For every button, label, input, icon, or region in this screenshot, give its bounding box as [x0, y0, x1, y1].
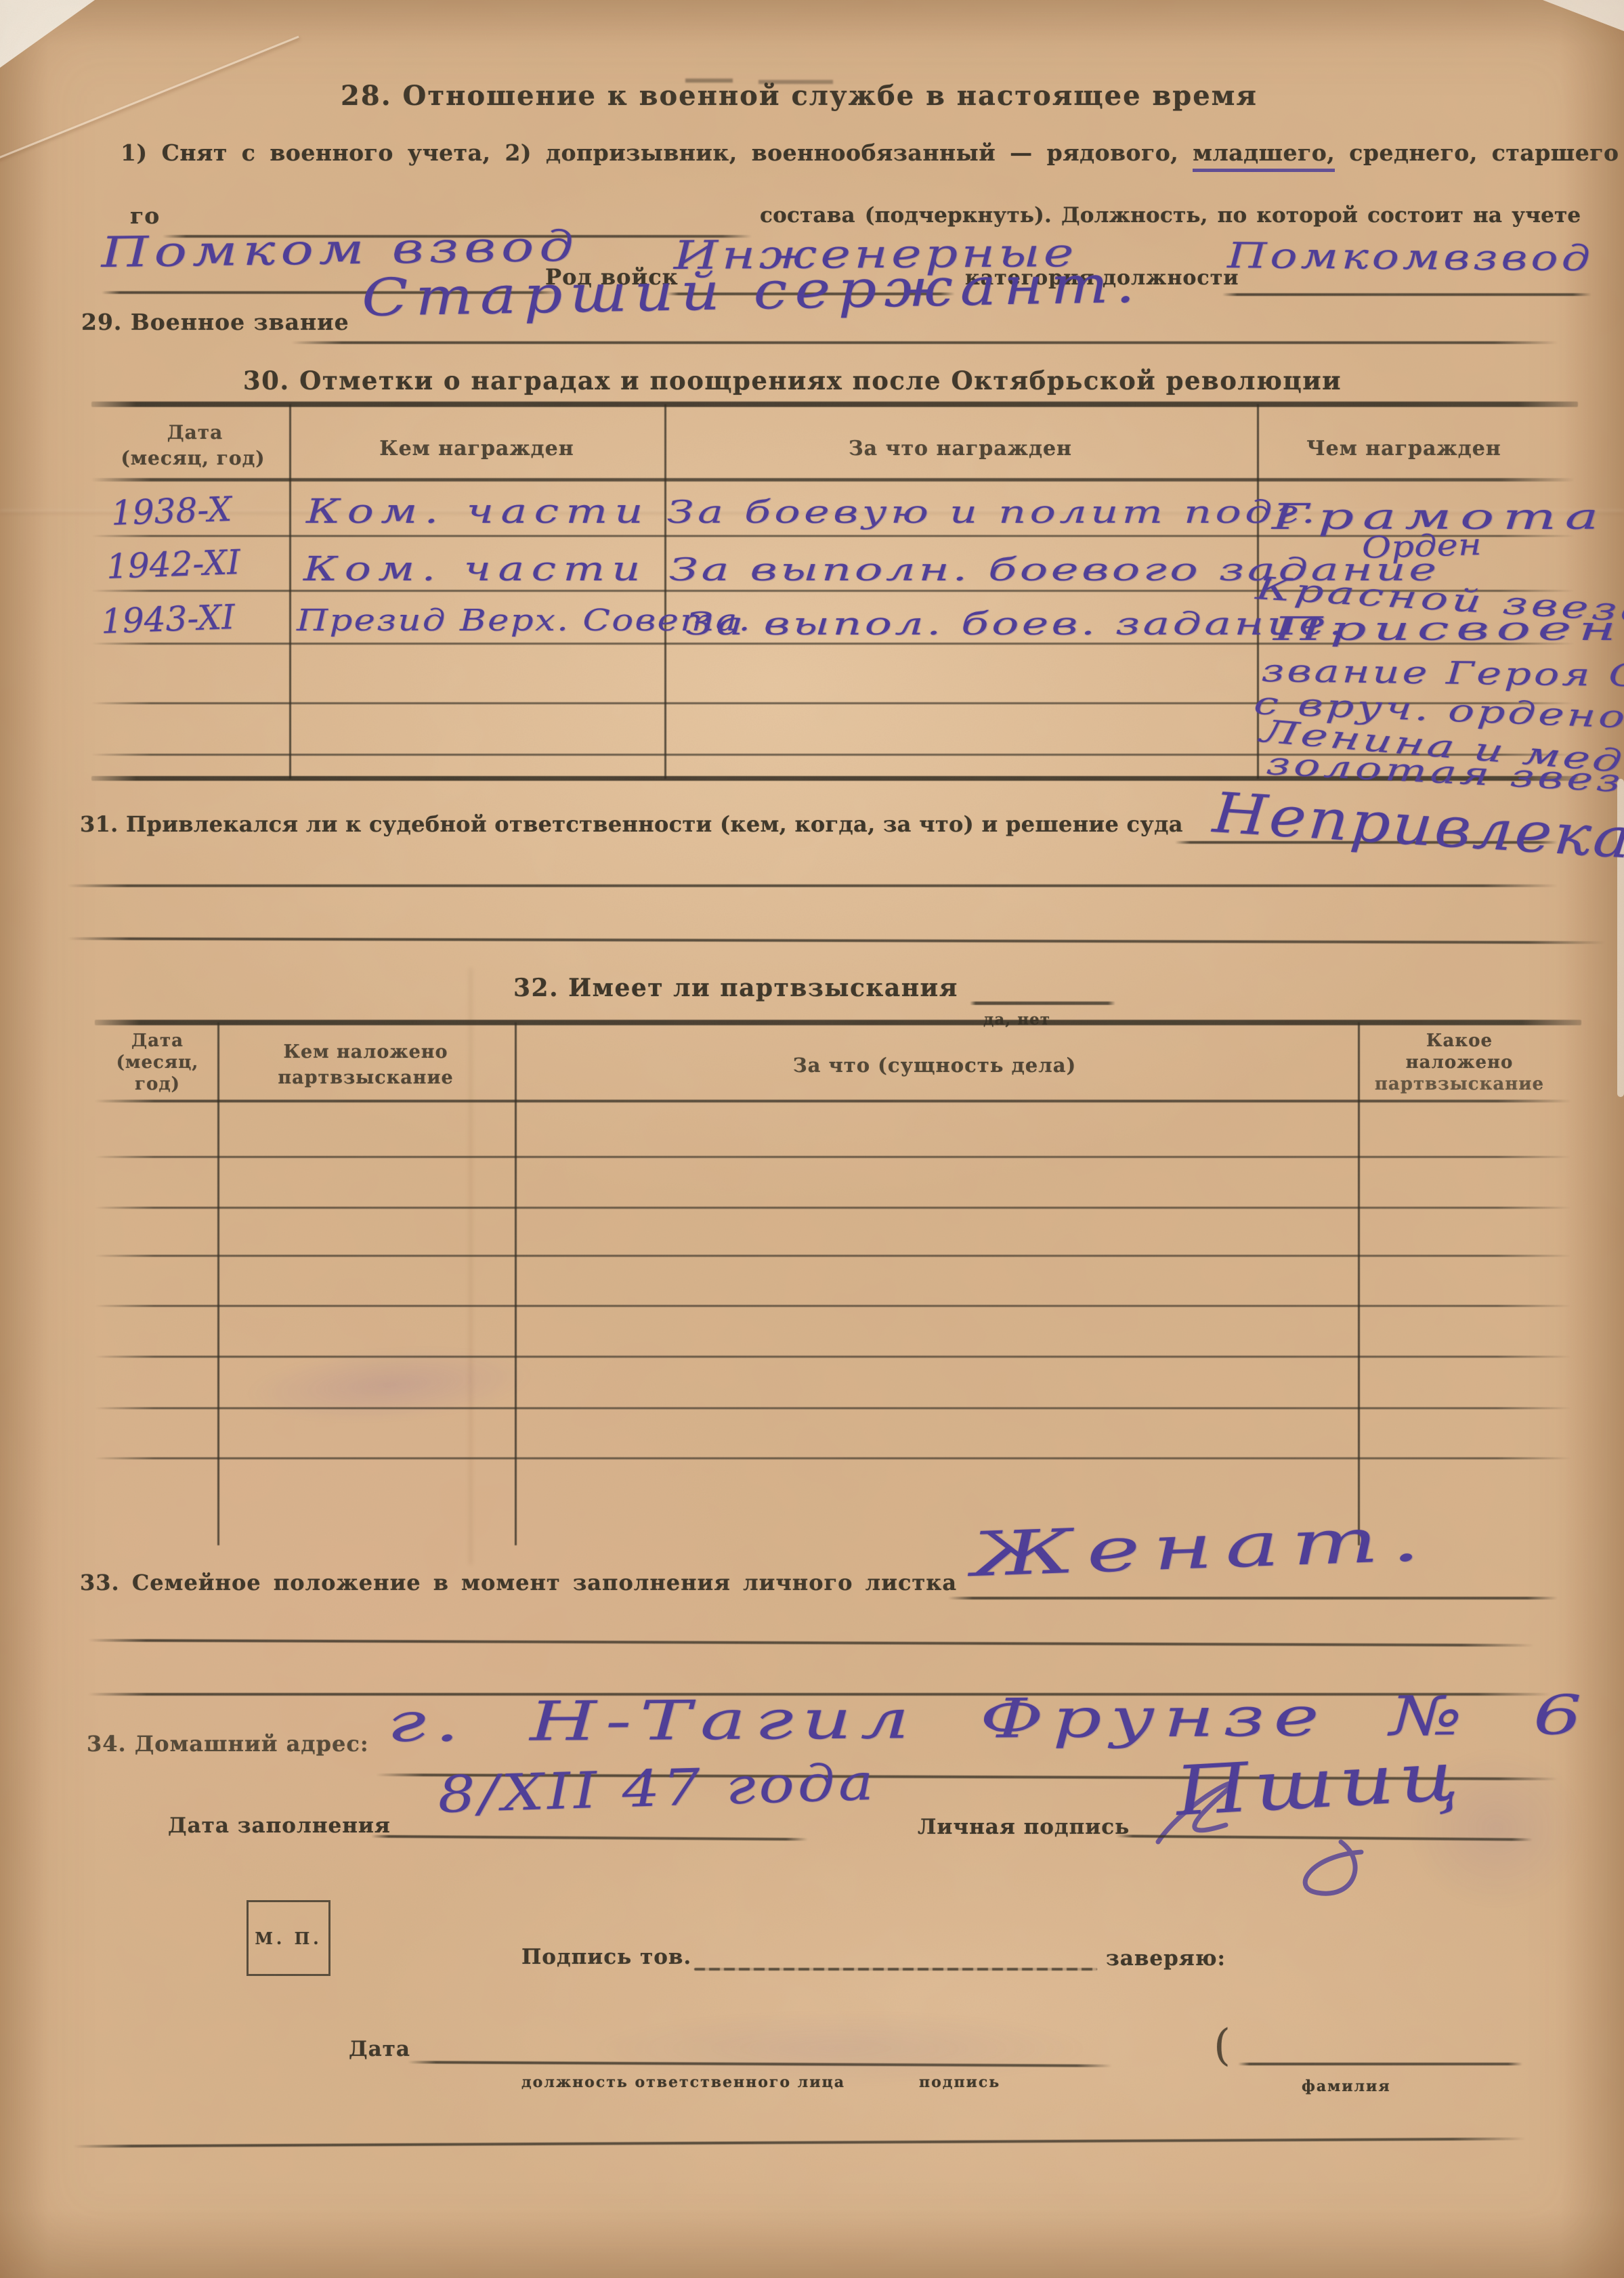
table32-row-rule-5 [95, 1356, 1571, 1358]
table32-row-rule-4 [95, 1305, 1571, 1307]
award-row-for: За выпол. боев. задание. [685, 608, 1346, 639]
table30-header-what: Чем награжден [1268, 437, 1539, 460]
court-liability-value: Непривлекался [1211, 786, 1624, 875]
ink-bleedthrough-1 [242, 1337, 538, 1432]
rank-rule [291, 341, 1558, 344]
section28-line2-suffix: состава (подчеркнуть). Должность, по кот… [760, 203, 1581, 228]
crease-vertical [469, 968, 472, 1564]
table32-header-by-1: Кем наложено [264, 1041, 467, 1062]
table30-header-date-2: (месяц, год) [102, 447, 284, 469]
table32-row-rule-6 [95, 1407, 1571, 1409]
award-row-by: Презид Верх. Совета. [297, 606, 752, 636]
award-row-what: Присвоено [1273, 613, 1624, 645]
table32-header-what-2: наложено [1361, 1052, 1558, 1073]
section32-answer-rule [970, 1002, 1115, 1005]
scan-corner-top-right [1543, 0, 1624, 31]
section30-title: 30. Отметки о наградах и поощрениях посл… [203, 366, 1382, 395]
section32-title: 32. Имеет ли партвзыскания [513, 974, 958, 1002]
section28-line1-part-b: среднего, старшего и высше- [1349, 139, 1624, 166]
table32-vline-1 [217, 1023, 219, 1545]
table30-header-for: За что награжден [825, 437, 1096, 460]
table30-top-border [91, 402, 1578, 407]
table30-header-by: Кем награжден [341, 437, 612, 460]
section31-label: 31. Привлекался ли к судебной ответствен… [80, 811, 1183, 837]
certify-suffix-label: заверяю: [1106, 1946, 1226, 1971]
footer-date-label: Дата [349, 2037, 410, 2061]
certify-rule [694, 1968, 1097, 1971]
stamp-place-label: М. П. [255, 1929, 322, 1948]
section33-label: 33. Семейное положение в момент заполнен… [80, 1570, 957, 1595]
award-row-by: Ком. части [303, 552, 647, 586]
section34-label: 34. Домашний адрес: [87, 1731, 369, 1757]
blank-rule-31b [68, 937, 1605, 944]
caption-surname: фамилия [1302, 2078, 1391, 2095]
certify-signature-label: Подпись тов. [521, 1945, 691, 1969]
table30-header-bottom [91, 478, 1575, 481]
position-category-value: Помкомвзвод [1227, 238, 1594, 276]
table32-header-date-1: Дата [102, 1031, 213, 1051]
caption-sign: подпись [919, 2073, 1000, 2091]
table32-row-rule-2 [95, 1207, 1571, 1209]
table32-row-rule-3 [95, 1255, 1571, 1257]
table32-row-rule-1 [95, 1156, 1571, 1158]
blank-rule-33a [88, 1639, 1534, 1646]
award-row-date: 1942-XI [106, 545, 240, 584]
section28-underlined-word: младшего, [1193, 139, 1335, 172]
table32-header-by-2: партвзыскание [264, 1067, 467, 1088]
award-row-date: 1938-X [110, 492, 232, 530]
section28-line1: 1) Снят с военного учета, 2) допризывник… [121, 139, 1583, 166]
blank-rule-31a [68, 884, 1558, 887]
marital-rule [948, 1597, 1558, 1599]
category-rule [1222, 293, 1591, 296]
table32-row-rule-7 [95, 1457, 1571, 1459]
personal-signature-label: Личная подпись [918, 1815, 1130, 1839]
table32-header-date-2: (месяц, [102, 1052, 213, 1073]
section28-line2-prefix: го [130, 202, 160, 229]
table32-header-date-3: год) [102, 1074, 213, 1094]
table32-header-for: За что (сущность дела) [765, 1054, 1104, 1077]
fill-date-rule [371, 1835, 808, 1841]
caption-role: должность ответственного лица [521, 2073, 845, 2091]
section28-title: 28. Отношение к военной службе в настоящ… [203, 80, 1395, 112]
section28-line1-part-a: 1) Снят с военного учета, 2) допризывник… [121, 139, 1178, 166]
award-row-what-line1: Орден [1361, 530, 1482, 563]
scan-corner-top-left [0, 0, 95, 68]
table30-header-date-1: Дата [114, 421, 276, 444]
award-row-date: 1943-XI [100, 600, 235, 639]
fill-date-value: 8/XII 47 года [437, 1757, 878, 1820]
scanned-form-page: 28. Отношение к военной службе в настоящ… [0, 0, 1624, 2278]
table32-header-what-3: партвзыскание [1361, 1074, 1558, 1094]
table32-header-bottom [95, 1100, 1571, 1102]
bottom-rule [73, 2137, 1526, 2147]
table32-vline-2 [515, 1023, 517, 1545]
surname-paren: ( [1214, 2021, 1231, 2071]
fill-date-label: Дата заполнения [168, 1813, 391, 1838]
marital-status-value: Женат. [969, 1509, 1434, 1586]
military-rank-value: Старший сержант. [361, 259, 1142, 324]
footer-date-rule [408, 2061, 1112, 2067]
stamp-place-box: М. П. [247, 1900, 330, 1976]
award-row-for: За боевую и полит подг. [667, 496, 1319, 528]
table32-header-what-1: Какое [1361, 1031, 1558, 1051]
section29-label: 29. Военное звание [81, 309, 349, 335]
surname-rule [1238, 2063, 1522, 2065]
award-row-by: Ком. части [306, 494, 650, 528]
table32-vline-3 [1358, 1023, 1360, 1545]
